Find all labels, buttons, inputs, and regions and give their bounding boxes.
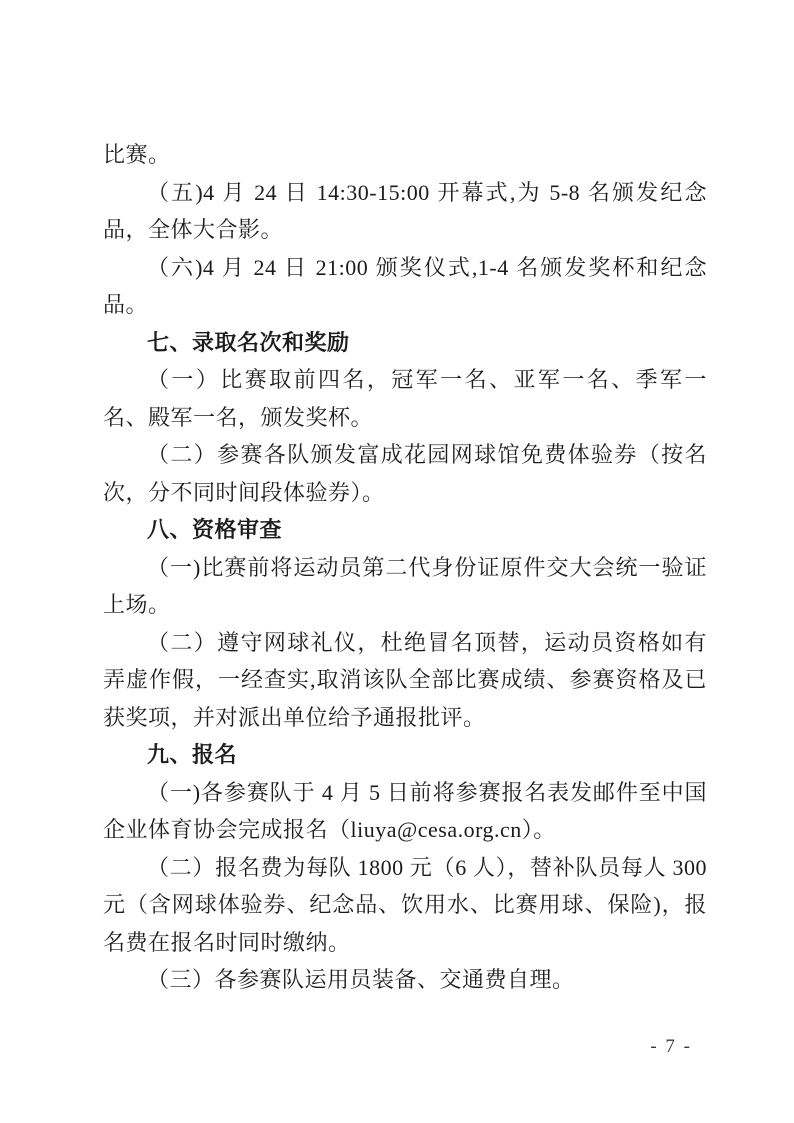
section-heading-8-qualification: 八、资格审查 bbox=[103, 511, 707, 549]
page-number: - 7 - bbox=[650, 1036, 692, 1058]
paragraph-7-2: （二）参赛各队颁发富成花园网球馆免费体验券（按名次，分不同时间段体验券）。 bbox=[103, 436, 707, 511]
document-page: { "doc": { "blocks": [ { "style": "body-… bbox=[0, 0, 794, 1123]
section-heading-9-registration: 九、报名 bbox=[103, 736, 707, 774]
paragraph-8-2: （二）遵守网球礼仪，杜绝冒名顶替，运动员资格如有弄虚作假，一经查实,取消该队全部… bbox=[103, 624, 707, 737]
page-background: 比赛。 （五)4 月 24 日 14:30-15:00 开幕式,为 5-8 名颁… bbox=[0, 0, 794, 1123]
section-heading-7-awards: 七、录取名次和奖励 bbox=[103, 324, 707, 362]
paragraph-7-1: （一）比赛取前四名，冠军一名、亚军一名、季军一名、殿军一名，颁发奖杯。 bbox=[103, 361, 707, 436]
paragraph-8-1: （一)比赛前将运动员第二代身份证原件交大会统一验证上场。 bbox=[103, 549, 707, 624]
paragraph-continuation: 比赛。 bbox=[103, 136, 707, 174]
paragraph-item-5: （五)4 月 24 日 14:30-15:00 开幕式,为 5-8 名颁发纪念品… bbox=[103, 174, 707, 249]
paragraph-9-3: （三）各参赛队运用员装备、交通费自理。 bbox=[103, 961, 707, 999]
document-body: 比赛。 （五)4 月 24 日 14:30-15:00 开幕式,为 5-8 名颁… bbox=[103, 136, 707, 999]
paragraph-9-2: （二）报名费为每队 1800 元（6 人），替补队员每人 300 元（含网球体验… bbox=[103, 849, 707, 962]
paragraph-item-6: （六)4 月 24 日 21:00 颁奖仪式,1-4 名颁发奖杯和纪念品。 bbox=[103, 249, 707, 324]
paragraph-9-1: （一)各参赛队于 4 月 5 日前将参赛报名表发邮件至中国企业体育协会完成报名（… bbox=[103, 774, 707, 849]
